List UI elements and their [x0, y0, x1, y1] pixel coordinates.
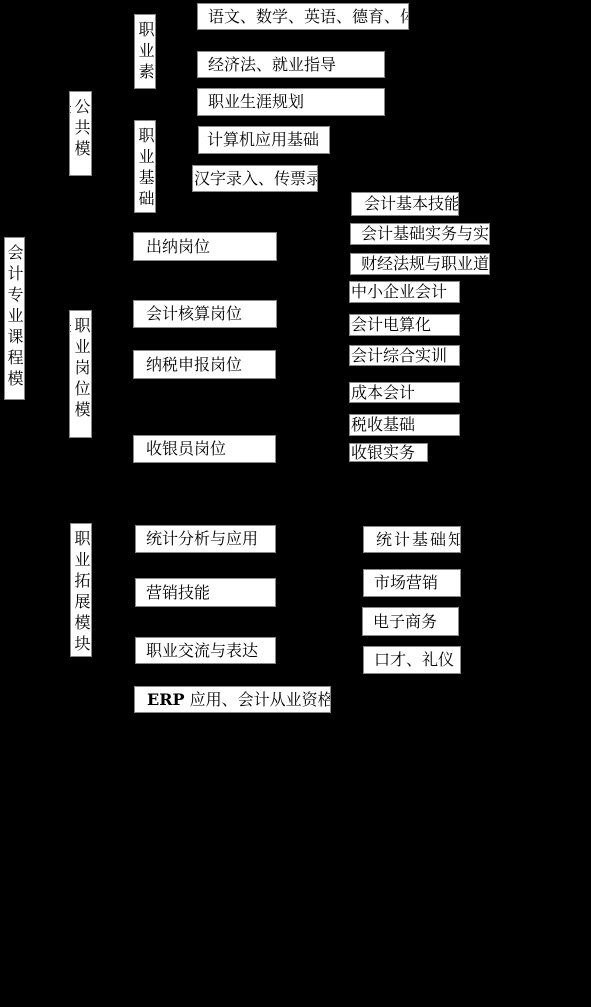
node-career-quality: 职业素质 [134, 14, 156, 89]
node-course-basic-practice: 会计基础实务与实 [350, 223, 490, 245]
node-course-finance-law: 财经法规与职业道 [350, 253, 490, 275]
node-course-erp: ERP 应用、会计从业资格考 [134, 686, 331, 713]
node-course-eloquence: 口才、礼仪 [363, 646, 461, 674]
diagram-canvas: 会计专业课程模块 公共模块 职业岗位模块 职业拓展模块 职业素质 职业基础 语文… [0, 0, 591, 1007]
node-course-ecommerce: 电子商务 [362, 607, 459, 636]
node-public-module: 公共模块 [69, 91, 92, 176]
node-course-basic-skills: 会计基本技能 [351, 192, 459, 216]
node-job-accounting: 会计核算岗位 [133, 300, 277, 328]
erp-rest-text: 应用、会计从业资格考 [185, 692, 331, 708]
node-root-label: 会计专业课程模块 [4, 237, 25, 400]
node-course-tax-basics: 税收基础 [349, 414, 460, 436]
node-course-marketing: 市场营销 [363, 569, 461, 597]
node-course-econ-law: 经济法、就业指导 [197, 51, 385, 78]
node-course-typing: 汉字录入、传票录 [192, 165, 318, 192]
node-position-module: 职业岗位模块 [69, 310, 92, 438]
node-course-computerized-accounting: 会计电算化 [349, 314, 460, 336]
erp-bold-text: ERP [147, 692, 185, 708]
node-career-basics: 职业基础 [134, 120, 156, 213]
node-course-communication: 职业交流与表达 [135, 637, 276, 664]
node-course-teller-practice: 收银实务 [349, 443, 428, 462]
node-course-comprehensive-training: 会计综合实训 [349, 345, 460, 366]
node-course-stats-basics: 统计基础知 [363, 526, 461, 553]
node-course-career-planning: 职业生涯规划 [197, 88, 385, 116]
node-job-cashier: 出纳岗位 [133, 232, 277, 261]
node-course-general: 语文、数学、英语、德育、体 [197, 3, 409, 30]
node-course-computer-basics: 计算机应用基础 [198, 126, 330, 154]
node-course-marketing-skills: 营销技能 [135, 578, 276, 607]
node-expansion-module: 职业拓展模块 [70, 523, 92, 657]
node-course-sme-accounting: 中小企业会计 [349, 281, 460, 303]
node-job-tax-filing: 纳税申报岗位 [133, 350, 276, 379]
node-course-stats-application: 统计分析与应用 [135, 525, 276, 553]
node-course-cost-accounting: 成本会计 [349, 382, 460, 403]
node-job-teller: 收银员岗位 [133, 435, 276, 463]
